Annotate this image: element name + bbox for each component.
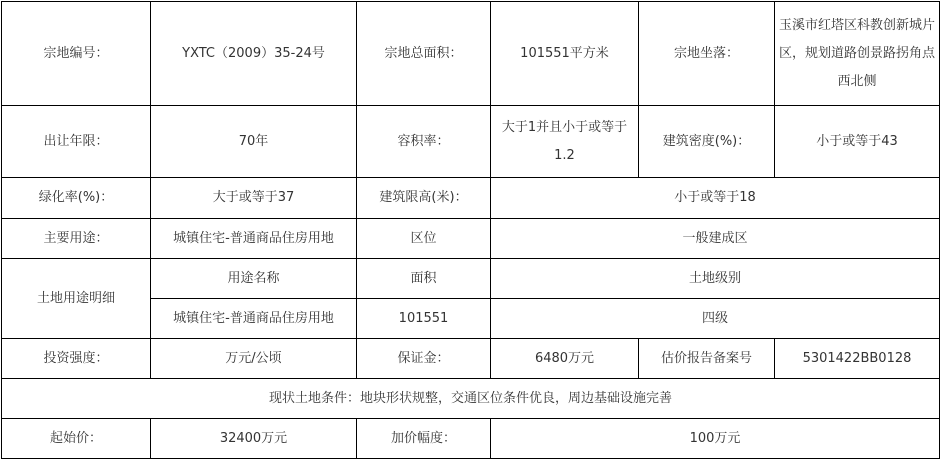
green-rate-label: 绿化率(%)： (2, 178, 151, 219)
appraisal-record-value: 5301422BB0128 (775, 339, 940, 379)
investment-intensity-value: 万元/公顷 (151, 339, 357, 379)
density-label: 建筑密度(%)： (639, 106, 775, 178)
land-use-detail-label: 土地用途明细 (2, 259, 151, 339)
start-price-value: 32400万元 (151, 419, 357, 459)
total-area-value: 101551平方米 (491, 2, 639, 106)
main-use-value: 城镇住宅-普通商品住房用地 (151, 219, 357, 259)
table-row: 宗地编号： YXTC（2009）35-24号 宗地总面积： 101551平方米 … (2, 2, 940, 106)
table-row: 现状土地条件：地块形状规整，交通区位条件优良，周边基础设施完善 (2, 379, 940, 419)
land-condition-text: 现状土地条件：地块形状规整，交通区位条件优良，周边基础设施完善 (2, 379, 940, 419)
investment-intensity-label: 投资强度： (2, 339, 151, 379)
height-limit-label: 建筑限高(米)： (357, 178, 491, 219)
main-use-label: 主要用途： (2, 219, 151, 259)
land-grade-cell: 四级 (491, 299, 940, 339)
term-label: 出让年限： (2, 106, 151, 178)
use-name-cell: 城镇住宅-普通商品住房用地 (151, 299, 357, 339)
table-row: 主要用途： 城镇住宅-普通商品住房用地 区位 一般建成区 (2, 219, 940, 259)
table-row: 投资强度： 万元/公顷 保证金： 6480万元 估价报告备案号 5301422B… (2, 339, 940, 379)
total-area-label: 宗地总面积： (357, 2, 491, 106)
deposit-label: 保证金： (357, 339, 491, 379)
location-label: 宗地坐落： (639, 2, 775, 106)
zone-label: 区位 (357, 219, 491, 259)
parcel-no-value: YXTC（2009）35-24号 (151, 2, 357, 106)
term-value: 70年 (151, 106, 357, 178)
density-value: 小于或等于43 (775, 106, 940, 178)
height-limit-value: 小于或等于18 (491, 178, 940, 219)
green-rate-value: 大于或等于37 (151, 178, 357, 219)
use-name-header: 用途名称 (151, 259, 357, 299)
land-grade-header: 土地级别 (491, 259, 940, 299)
land-parcel-table: 宗地编号： YXTC（2009）35-24号 宗地总面积： 101551平方米 … (1, 1, 940, 459)
appraisal-record-label: 估价报告备案号 (639, 339, 775, 379)
parcel-no-label: 宗地编号： (2, 2, 151, 106)
table-row: 出让年限： 70年 容积率： 大于1并且小于或等于1.2 建筑密度(%)： 小于… (2, 106, 940, 178)
table-row: 起始价： 32400万元 加价幅度： 100万元 (2, 419, 940, 459)
far-label: 容积率： (357, 106, 491, 178)
deposit-value: 6480万元 (491, 339, 639, 379)
far-value: 大于1并且小于或等于1.2 (491, 106, 639, 178)
increment-label: 加价幅度： (357, 419, 491, 459)
increment-value: 100万元 (491, 419, 940, 459)
table-row: 土地用途明细 用途名称 面积 土地级别 (2, 259, 940, 299)
area-header: 面积 (357, 259, 491, 299)
location-value: 玉溪市红塔区科教创新城片区，规划道路创景路拐角点西北侧 (775, 2, 940, 106)
zone-value: 一般建成区 (491, 219, 940, 259)
table-row: 绿化率(%)： 大于或等于37 建筑限高(米)： 小于或等于18 (2, 178, 940, 219)
start-price-label: 起始价： (2, 419, 151, 459)
area-cell: 101551 (357, 299, 491, 339)
